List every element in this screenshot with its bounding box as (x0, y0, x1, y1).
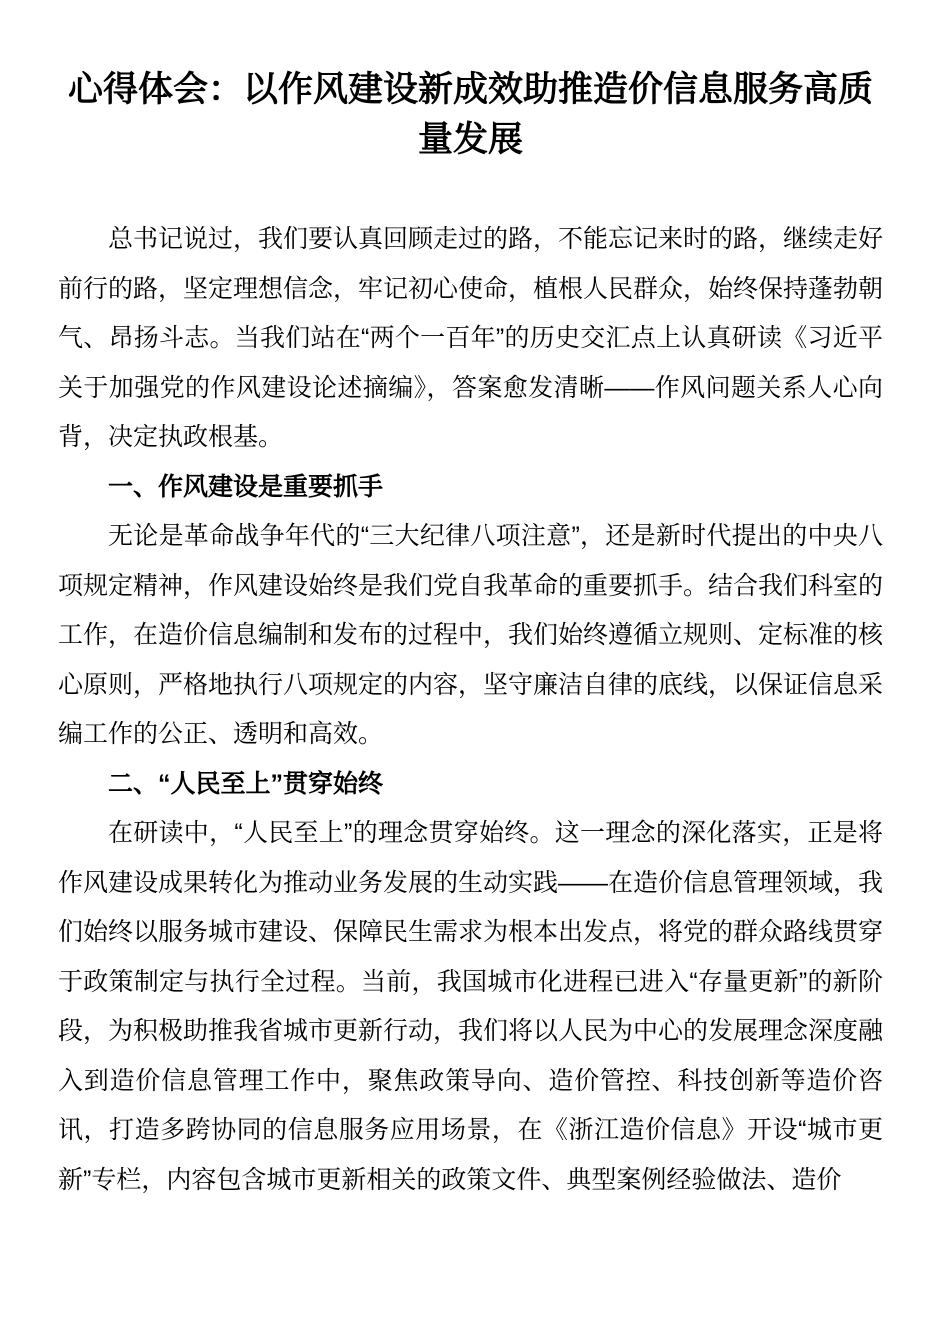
body-paragraph: 在研读中，“人民至上”的理念贯穿始终。这一理念的深化落实，正是将作风建设成果转化… (58, 809, 883, 1205)
section-heading: 二、“人民至上”贯穿始终 (58, 760, 883, 810)
body-paragraph: 总书记说过，我们要认真回顾走过的路，不能忘记来时的路，继续走好前行的路，坚定理想… (58, 215, 883, 463)
section-heading: 一、作风建设是重要抓手 (58, 463, 883, 513)
body-paragraph: 无论是革命战争年代的“三大纪律八项注意”，还是新时代提出的中央八项规定精神，作风… (58, 512, 883, 760)
document-body: 总书记说过，我们要认真回顾走过的路，不能忘记来时的路，继续走好前行的路，坚定理想… (58, 215, 883, 1205)
document-page: 心得体会：以作风建设新成效助推造价信息服务高质量发展 总书记说过，我们要认真回顾… (0, 0, 950, 1344)
document-title: 心得体会：以作风建设新成效助推造价信息服务高质量发展 (58, 65, 883, 165)
